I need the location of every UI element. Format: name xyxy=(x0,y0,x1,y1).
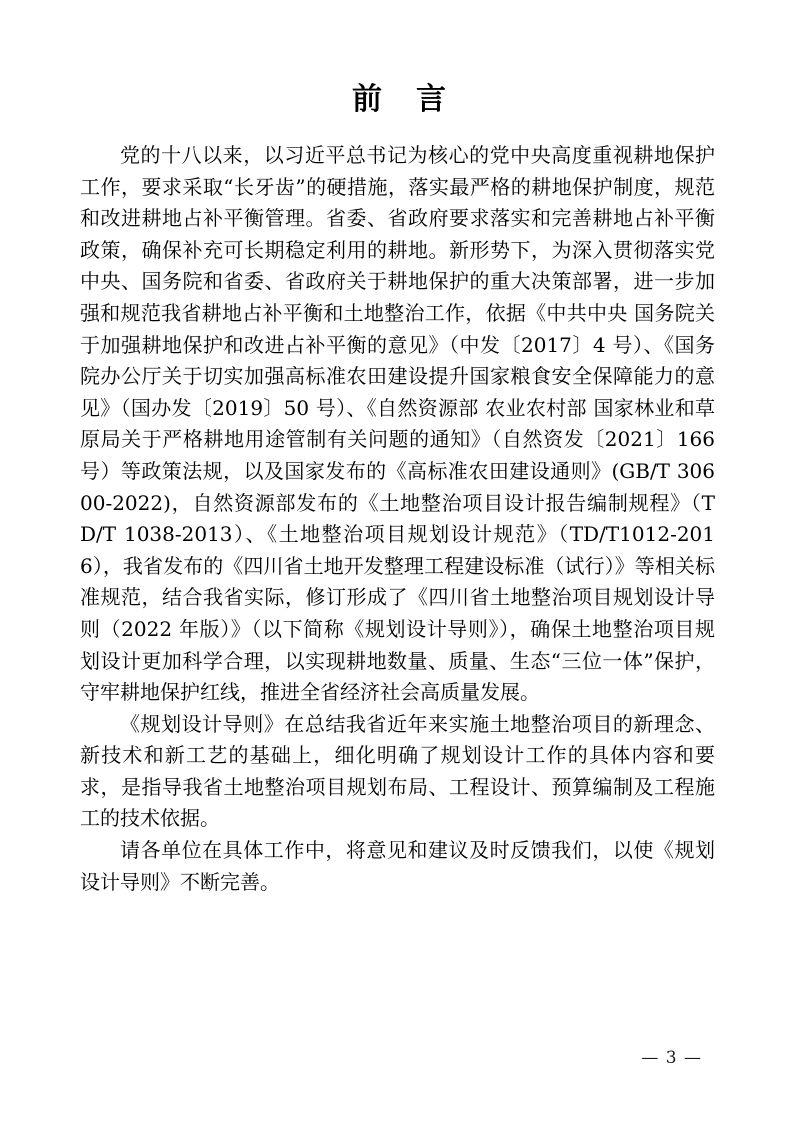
paragraph-2: 《规划设计导则》在总结我省近年来实施土地整治项目的新理念、新技术和新工艺的基础上… xyxy=(80,709,715,835)
paragraph-3: 请各单位在具体工作中，将意见和建议及时反馈我们，以使《规划设计导则》不断完善。 xyxy=(80,835,715,898)
document-body: 党的十八以来，以习近平总书记为核心的党中央高度重视耕地保护工作，要求采取“长牙齿… xyxy=(80,140,715,898)
document-page: 前 言 党的十八以来，以习近平总书记为核心的党中央高度重视耕地保护工作，要求采取… xyxy=(0,0,800,1132)
page-number: — 3 — xyxy=(641,1048,702,1068)
paragraph-1: 党的十八以来，以习近平总书记为核心的党中央高度重视耕地保护工作，要求采取“长牙齿… xyxy=(80,140,715,709)
page-title: 前 言 xyxy=(0,0,800,118)
